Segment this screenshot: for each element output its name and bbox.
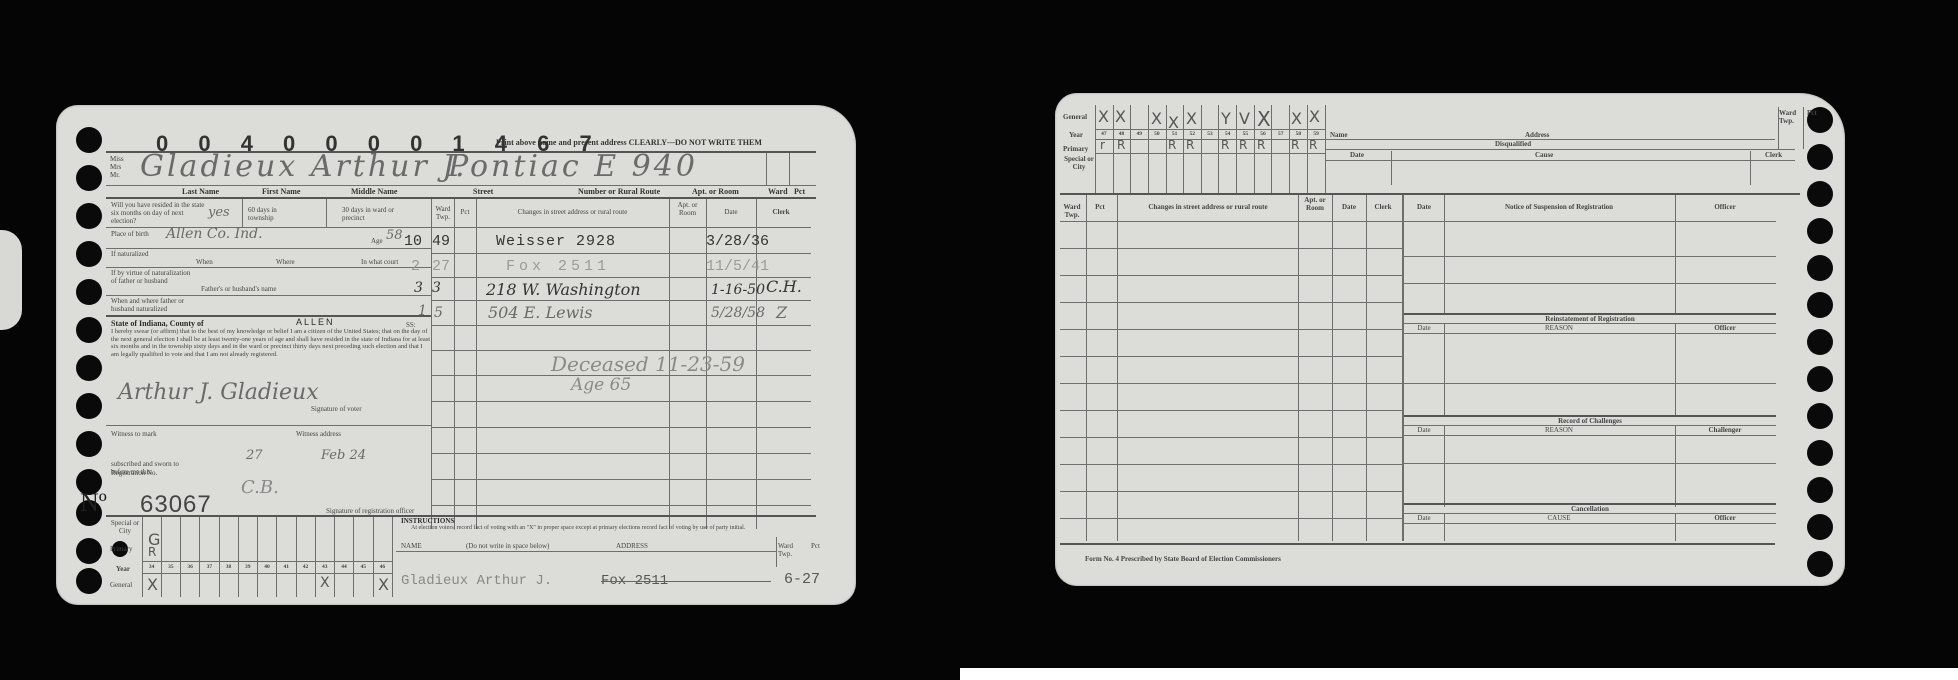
back-address-label: Address	[1525, 131, 1549, 139]
age-note: Age 65	[571, 375, 631, 395]
row4-ward: 1	[418, 303, 427, 319]
salutation-miss: Miss	[110, 155, 124, 163]
age-label: Age	[371, 237, 383, 245]
challenges-col-date: Date	[1404, 426, 1444, 434]
back-date-label: Date	[1350, 151, 1364, 159]
suspension-col-officer: Officer	[1675, 203, 1775, 211]
challenges-col-challenger: Challenger	[1675, 426, 1775, 434]
back-col-changes: Changes in street address or rural route	[1118, 203, 1298, 211]
back-col-ward: Ward Twp.	[1058, 203, 1086, 219]
label-street: Street	[473, 187, 493, 196]
vote-mark: R	[148, 545, 156, 559]
vote-mark: X	[1115, 107, 1126, 126]
punch-hole	[76, 355, 102, 381]
cancellation-col-officer: Officer	[1675, 514, 1775, 522]
primary-mark: r	[1100, 138, 1105, 152]
adjacent-card-edge	[0, 230, 22, 330]
print-instruction: Print above name and present address CLE…	[496, 138, 762, 147]
voter-registration-card-front: 0 0 4 0 0 0 0 1 4 6 7 Print above name a…	[56, 105, 856, 605]
label-last-name: Last Name	[182, 187, 219, 196]
back-col-pct: Pct	[1086, 203, 1114, 211]
col-date: Date	[706, 208, 756, 216]
primary-mark: R	[1291, 138, 1299, 152]
row4-address: 504 E. Lewis	[488, 303, 593, 322]
vote-mark: X	[1309, 107, 1320, 126]
cancellation-col-date: Date	[1404, 514, 1444, 522]
row3-pct: 3	[432, 280, 441, 296]
typed-name: Gladieux Arthur J.	[401, 573, 552, 589]
residency-answer: yes	[208, 205, 230, 220]
reinstatement-col-date: Date	[1404, 324, 1444, 332]
row4-clerk: Z	[776, 303, 787, 322]
back-name-label: Name	[1330, 131, 1348, 139]
label-first-name: First Name	[262, 187, 300, 196]
challenges-col-reason: REASON	[1444, 426, 1674, 434]
scan-border	[960, 668, 1958, 680]
footer-pct-label: Pct	[811, 542, 820, 550]
primary-mark: R	[1239, 138, 1247, 152]
grid-label-year: Year	[116, 565, 130, 573]
back-col-clerk: Clerk	[1366, 203, 1400, 211]
back-clerk-label: Clerk	[1765, 151, 1782, 159]
suspension-title: Notice of Suspension of Registration	[1444, 203, 1674, 211]
grid-label-primary: Primary	[110, 545, 133, 553]
salutation-mr: Mr.	[110, 171, 124, 179]
birthplace-value: Allen Co. Ind.	[166, 226, 263, 242]
witness-address-label: Witness address	[296, 430, 341, 438]
col-changes: Changes in street address or rural route	[476, 208, 669, 216]
salutation-mrs: Mrs	[110, 163, 124, 171]
punch-hole	[1807, 218, 1833, 244]
punch-hole	[76, 203, 102, 229]
precinct-label: 30 days in ward or precinct	[342, 206, 402, 222]
oath-heading: State of Indiana, County of	[111, 319, 204, 328]
label-apt: Apt. or Room	[692, 187, 739, 196]
punch-hole	[1807, 551, 1833, 577]
naturalized-label: If naturalized	[111, 250, 151, 258]
grid-label-special: Special or City	[110, 519, 140, 535]
footer-ward-label: Ward Twp.	[778, 542, 798, 558]
punch-hole	[76, 279, 102, 305]
back-col-date: Date	[1332, 203, 1366, 211]
row3-address: 218 W. Washington	[486, 280, 641, 299]
punch-hole	[1807, 477, 1833, 503]
back-ward-label: Ward Twp.	[1779, 109, 1801, 125]
row3-ward: 3	[414, 280, 423, 296]
primary-mark: R	[1117, 138, 1125, 152]
virtue-label: If by virtue of naturalization of father…	[111, 269, 191, 285]
col-pct: Pct	[454, 208, 476, 216]
oath-text: I hereby swear (or affirm) that to the b…	[111, 328, 431, 358]
where-label: Where	[276, 258, 295, 266]
footer-note: (Do not write in space below)	[466, 542, 549, 550]
row2-ward: 2	[411, 258, 420, 275]
punch-hole	[1807, 181, 1833, 207]
primary-mark: R	[1221, 138, 1229, 152]
grid-label-general: General	[110, 581, 132, 589]
vote-mark: X	[1186, 109, 1197, 128]
row1-address: Weisser 2928	[496, 233, 616, 250]
row2-pct: 27	[432, 258, 450, 275]
vote-mark: X	[147, 575, 158, 594]
primary-mark: R	[1257, 138, 1265, 152]
row1-ward: 10	[404, 233, 422, 250]
footer-address-label: ADDRESS	[616, 542, 648, 550]
row4-date: 5/28/58	[711, 305, 765, 321]
age-value: 58	[386, 228, 403, 243]
punch-hole	[1807, 255, 1833, 281]
punch-hole	[76, 241, 102, 267]
punch-hole	[1807, 403, 1833, 429]
instructions-text: At election voters, record fact of votin…	[411, 525, 811, 532]
punch-hole	[1807, 329, 1833, 355]
reinstatement-title: Reinstatement of Registration	[1404, 315, 1776, 323]
punch-hole	[76, 538, 102, 564]
reinstatement-col-officer: Officer	[1675, 324, 1775, 332]
punch-hole	[76, 393, 102, 419]
father-when-label: When and where father or husband natural…	[111, 297, 206, 313]
signature-label: Signature of voter	[311, 405, 362, 413]
form-note: Form No. 4 Prescribed by State Board of …	[1085, 555, 1281, 563]
instructions-title: INSTRUCTIONS	[401, 517, 454, 525]
col-clerk: Clerk	[756, 208, 806, 216]
birthplace-label: Place of birth	[111, 230, 151, 238]
punch-hole	[1807, 514, 1833, 540]
voter-registration-card-back: General Year Primary Special or City 47 …	[1055, 93, 1845, 586]
label-ward: Ward	[768, 187, 788, 196]
primary-mark: R	[1168, 138, 1176, 152]
vote-mark: X	[320, 575, 330, 591]
father-name-label: Father's or husband's name	[201, 285, 276, 293]
when-label: When	[196, 258, 213, 266]
court-label: In what court	[361, 258, 398, 266]
row2-date: 11/5/41	[706, 258, 769, 275]
primary-mark: R	[1309, 138, 1317, 152]
back-pct-label: Pct	[1807, 109, 1817, 117]
residency-question: Will you have resided in the state six m…	[111, 201, 206, 225]
back-label-general: General	[1063, 113, 1087, 121]
challenges-title: Record of Challenges	[1404, 417, 1776, 425]
vote-mark: X	[1257, 107, 1271, 131]
punch-hole	[76, 127, 102, 153]
punch-hole	[1807, 292, 1833, 318]
deceased-note: Deceased 11-23-59	[551, 352, 745, 376]
number-prefix: Nº	[80, 488, 107, 518]
row1-date: 3/28/36	[706, 233, 769, 250]
punch-hole	[76, 317, 102, 343]
punch-hole	[1807, 366, 1833, 392]
cancellation-title: Cancellation	[1404, 505, 1776, 513]
back-disqualified-label: Disqualified	[1495, 140, 1531, 148]
footer-name-label: NAME	[401, 542, 422, 550]
month-value: Feb 24	[321, 448, 366, 463]
punch-hole	[76, 568, 102, 594]
col-ward: Ward Twp.	[432, 205, 454, 221]
vote-mark: V	[1239, 109, 1250, 128]
voter-signature: Arthur J. Gladieux	[118, 380, 319, 405]
punch-hole	[1807, 144, 1833, 170]
typed-ward-pct: 6-27	[784, 571, 820, 588]
voter-address-handwritten: Pontiac E 940	[448, 149, 698, 184]
vote-mark: X	[1291, 109, 1302, 128]
label-number: Number or Rural Route	[578, 187, 660, 196]
punch-hole	[76, 431, 102, 457]
row3-date: 1-16-50	[711, 282, 765, 298]
registration-label: Registration No.	[111, 469, 157, 477]
back-label-year: Year	[1069, 131, 1083, 139]
punch-hole	[1807, 440, 1833, 466]
back-cause-label: Cause	[1535, 151, 1553, 159]
vote-mark: X	[378, 575, 389, 594]
vote-mark: Y	[1221, 109, 1231, 128]
reinstatement-col-reason: REASON	[1444, 324, 1674, 332]
back-label-primary: Primary	[1063, 145, 1088, 153]
row2-address: Fox 2511	[506, 258, 610, 275]
row1-pct: 49	[432, 233, 450, 250]
label-pct: Pct	[794, 187, 805, 196]
day-value: 27	[246, 448, 263, 463]
vote-mark: X	[1098, 107, 1109, 126]
row3-clerk: C.H.	[766, 277, 802, 296]
suspension-col-date: Date	[1404, 203, 1444, 211]
primary-mark: R	[1186, 138, 1194, 152]
cancellation-col-cause: CAUSE	[1444, 514, 1674, 522]
row4-pct: 5	[434, 305, 443, 321]
back-label-special: Special or City	[1063, 155, 1095, 171]
back-col-apt: Apt. or Room	[1298, 196, 1332, 212]
punch-hole	[76, 165, 102, 191]
registrar-signature: C.B.	[241, 477, 279, 498]
label-middle-name: Middle Name	[351, 187, 397, 196]
county-value: ALLEN	[296, 317, 335, 327]
vote-mark: X	[1168, 113, 1179, 132]
voter-name-handwritten: Gladieux Arthur J.	[140, 149, 468, 184]
township-label: 60 days in township	[248, 206, 298, 222]
col-apt: Apt. or Room	[669, 201, 706, 217]
witness-label: Witness to mark	[111, 430, 157, 438]
registrar-label: Signature of registration officer	[326, 507, 414, 515]
vote-mark: X	[1151, 109, 1162, 128]
